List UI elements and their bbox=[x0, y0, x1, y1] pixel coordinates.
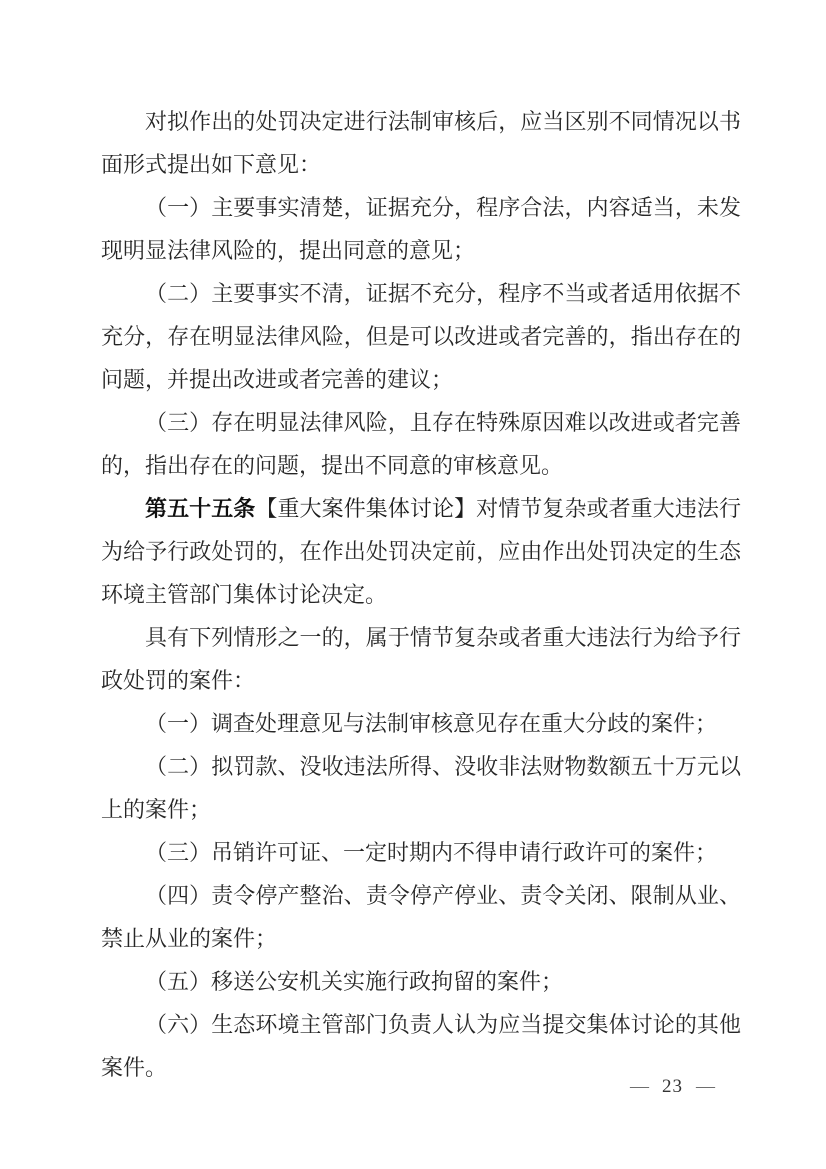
paragraph: 具有下列情形之一的，属于情节复杂或者重大违法行为给予行政处罚的案件： bbox=[101, 616, 741, 702]
paragraph-text: 具有下列情形之一的，属于情节复杂或者重大违法行为给予行政处罚的案件： bbox=[101, 625, 741, 693]
paragraph-text: （五）移送公安机关实施行政拘留的案件； bbox=[145, 969, 563, 994]
article-paragraph: 第五十五条【重大案件集体讨论】对情节复杂或者重大违法行为给予行政处罚的，在作出处… bbox=[101, 487, 741, 616]
paragraph-text: （六）生态环境主管部门负责人认为应当提交集体讨论的其他案件。 bbox=[101, 1012, 741, 1080]
paragraph: （三）吊销许可证、一定时期内不得申请行政许可的案件； bbox=[101, 831, 741, 874]
paragraph-text: （二）拟罚款、没收违法所得、没收非法财物数额五十万元以上的案件； bbox=[101, 754, 741, 822]
paragraph: （五）移送公安机关实施行政拘留的案件； bbox=[101, 960, 741, 1003]
paragraph-text: （三）吊销许可证、一定时期内不得申请行政许可的案件； bbox=[145, 840, 717, 865]
page-number-dash-right: — bbox=[696, 1074, 715, 1100]
page-number: — 23 — bbox=[630, 1074, 740, 1100]
paragraph: （二）主要事实不清，证据不充分，程序不当或者适用依据不充分，存在明显法律风险，但… bbox=[101, 272, 741, 401]
article-number: 第五十五条 bbox=[145, 496, 255, 521]
paragraph: 对拟作出的处罚决定进行法制审核后，应当区别不同情况以书面形式提出如下意见： bbox=[101, 100, 741, 186]
paragraph: （二）拟罚款、没收违法所得、没收非法财物数额五十万元以上的案件； bbox=[101, 745, 741, 831]
paragraph-text: （一）调查处理意见与法制审核意见存在重大分歧的案件； bbox=[145, 711, 717, 736]
paragraph-text: （二）主要事实不清，证据不充分，程序不当或者适用依据不充分，存在明显法律风险，但… bbox=[101, 281, 741, 392]
paragraph-text: 对拟作出的处罚决定进行法制审核后，应当区别不同情况以书面形式提出如下意见： bbox=[101, 109, 741, 177]
paragraph: （一）主要事实清楚，证据充分，程序合法，内容适当，未发现明显法律风险的，提出同意… bbox=[101, 186, 741, 272]
document-page: 对拟作出的处罚决定进行法制审核后，应当区别不同情况以书面形式提出如下意见：（一）… bbox=[0, 0, 826, 1169]
paragraph: （四）责令停产整治、责令停产停业、责令关闭、限制从业、禁止从业的案件； bbox=[101, 874, 741, 960]
paragraph-text: （一）主要事实清楚，证据充分，程序合法，内容适当，未发现明显法律风险的，提出同意… bbox=[101, 195, 741, 263]
paragraph: （三）存在明显法律风险，且存在特殊原因难以改进或者完善的，指出存在的问题，提出不… bbox=[101, 401, 741, 487]
paragraph: （一）调查处理意见与法制审核意见存在重大分歧的案件； bbox=[101, 702, 741, 745]
paragraph-text: （三）存在明显法律风险，且存在特殊原因难以改进或者完善的，指出存在的问题，提出不… bbox=[101, 410, 741, 478]
page-number-value: 23 bbox=[662, 1074, 683, 1100]
document-body: 对拟作出的处罚决定进行法制审核后，应当区别不同情况以书面形式提出如下意见：（一）… bbox=[101, 100, 741, 1089]
article-title: 【重大案件集体讨论】 bbox=[255, 496, 476, 521]
page-number-dash-left: — bbox=[630, 1074, 649, 1100]
paragraph-text: （四）责令停产整治、责令停产停业、责令关闭、限制从业、禁止从业的案件； bbox=[101, 883, 741, 951]
